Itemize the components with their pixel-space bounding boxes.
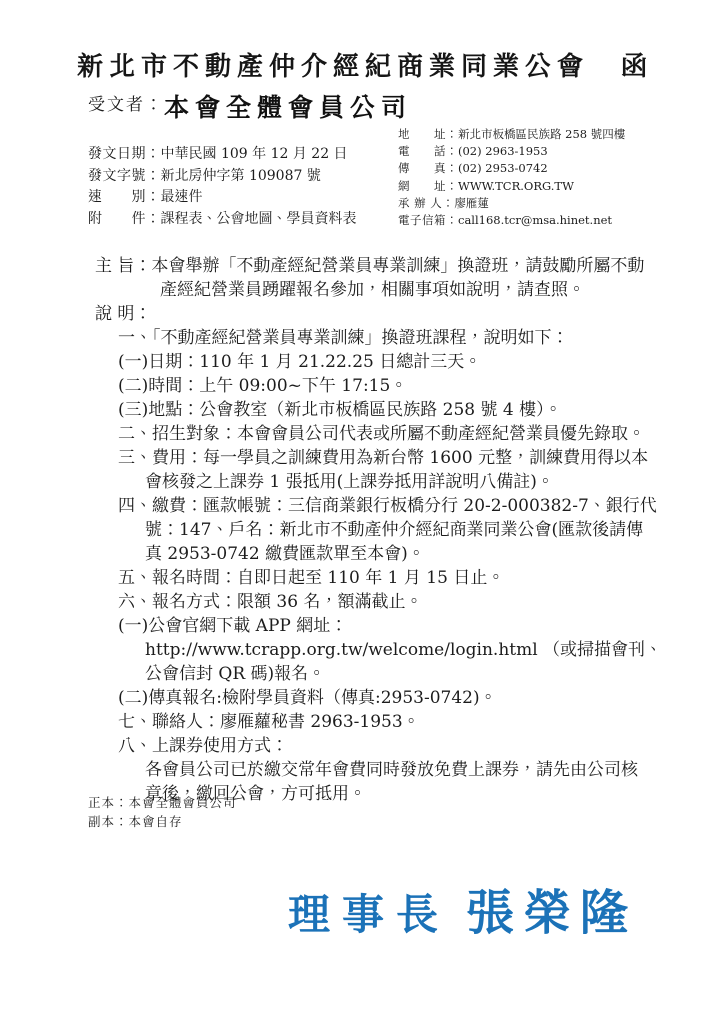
chairman-name: 張榮隆 <box>466 885 637 941</box>
body-line-cont: 各會員公司已於繳交常年會費同時發放免費上課券，請先由公司核 <box>95 758 670 782</box>
registration-url: http://www.tcrapp.org.tw/welcome/login.h… <box>95 638 670 662</box>
document-title: 新北市不動產仲介經紀商業同業公會 函 <box>60 46 670 83</box>
email-row: 電子信箱：call168.tcr@msa.hinet.net <box>398 212 625 229</box>
original-copy-line: 正本：本會全體會員公司 <box>88 794 237 813</box>
dispatch-number-label: 發文字號： <box>88 168 161 184</box>
attachments-label: 附 件： <box>88 211 161 227</box>
body-line: 八、上課券使用方式： <box>95 734 670 758</box>
attachments-value: 課程表、公會地圖、學員資料表 <box>161 211 357 227</box>
contact-person-label: 承 辦 人： <box>398 196 454 210</box>
body-line: 六、報名方式：限額 36 名，額滿截止。 <box>95 590 670 614</box>
fax-value: (02) 2953-0742 <box>458 161 548 175</box>
body-line: 七、聯絡人：廖雁蘿秘書 2963-1953。 <box>95 710 670 734</box>
body-line: 四、繳費：匯款帳號：三信商業銀行板橋分行 20-2-000382-7、銀行代 <box>95 494 670 518</box>
body-line: 二、招生對象：本會會員公司代表或所屬不動產經紀營業員優先錄取。 <box>95 422 670 446</box>
speed-class-label: 速 別： <box>88 189 161 205</box>
dispatch-number-row: 發文字號：新北房仲字第 109087 號 <box>88 166 357 188</box>
body-line-cont: 會核發之上課券 1 張抵用(上課券抵用詳說明八備註)。 <box>95 470 670 494</box>
official-letter-page: 新北市不動產仲介經紀商業同業公會 函 受文者：本會全體會員公司 發文日期：中華民… <box>0 0 725 1024</box>
speed-class-row: 速 別：最速件 <box>88 187 357 209</box>
dispatch-date-label: 發文日期： <box>88 146 161 162</box>
website-value: WWW.TCR.ORG.TW <box>458 179 574 193</box>
recipient-line: 受文者：本會全體會員公司 <box>88 88 412 124</box>
phone-label: 電 話： <box>398 144 458 158</box>
dispatch-info-block: 發文日期：中華民國 109 年 12 月 22 日 發文字號：新北房仲字第 10… <box>88 144 357 230</box>
speed-class-value: 最速件 <box>161 189 203 205</box>
letter-body: 主 旨：本會舉辦「不動產經紀營業員專業訓練」換證班，請鼓勵所屬不動 產經紀營業員… <box>95 254 670 806</box>
recipient-label: 受文者： <box>88 95 164 115</box>
duplicate-copy-line: 副本：本會自存 <box>88 813 237 832</box>
recipient-name: 本會全體會員公司 <box>164 93 412 122</box>
fax-row: 傳 真：(02) 2953-0742 <box>398 160 625 177</box>
email-label: 電子信箱： <box>398 213 458 227</box>
explanation-heading: 說 明： <box>95 302 670 326</box>
chairman-signature: 理事長張榮隆 <box>288 874 637 943</box>
email-value: call168.tcr@msa.hinet.net <box>458 213 612 227</box>
website-label: 網 址： <box>398 179 458 193</box>
phone-value: (02) 2963-1953 <box>458 144 548 158</box>
issuer-contact-block: 地 址：新北市板橋區民族路 258 號四樓 電 話：(02) 2963-1953… <box>398 126 625 229</box>
body-line: (二)時間：上午 09:00~下午 17:15。 <box>95 374 670 398</box>
body-line-cont: 公會信封 QR 碼)報名。 <box>95 662 670 686</box>
dispatch-date-value: 中華民國 109 年 12 月 22 日 <box>161 146 348 162</box>
dispatch-date-row: 發文日期：中華民國 109 年 12 月 22 日 <box>88 144 357 166</box>
body-line-cont: 號：147、戶名：新北市不動產仲介經紀商業同業公會(匯款後請傳 <box>95 518 670 542</box>
phone-row: 電 話：(02) 2963-1953 <box>398 143 625 160</box>
address-label: 地 址： <box>398 127 458 141</box>
dispatch-number-value: 新北房仲字第 109087 號 <box>161 168 321 184</box>
subject-line: 主 旨：本會舉辦「不動產經紀營業員專業訓練」換證班，請鼓勵所屬不動 <box>95 254 670 278</box>
body-line: 五、報名時間：自即日起至 110 年 1 月 15 日止。 <box>95 566 670 590</box>
body-line: (一)公會官網下載 APP 網址： <box>95 614 670 638</box>
body-line-cont: 真 2953-0742 繳費匯款單至本會)。 <box>95 542 670 566</box>
body-line: 三、費用：每一學員之訓練費用為新台幣 1600 元整，訓練費用得以本 <box>95 446 670 470</box>
website-row: 網 址：WWW.TCR.ORG.TW <box>398 178 625 195</box>
address-value: 新北市板橋區民族路 258 號四樓 <box>458 127 625 141</box>
body-line: (二)傳真報名:檢附學員資料（傳真:2953-0742)。 <box>95 686 670 710</box>
chairman-title: 理事長 <box>288 890 450 939</box>
copies-block: 正本：本會全體會員公司 副本：本會自存 <box>88 794 237 831</box>
subject-line-cont: 產經紀營業員踴躍報名參加，相關事項如說明，請查照。 <box>95 278 670 302</box>
contact-person-row: 承 辦 人：廖雁蓮 <box>398 195 625 212</box>
attachments-row: 附 件：課程表、公會地圖、學員資料表 <box>88 209 357 231</box>
body-line: 一、「不動產經紀營業員專業訓練」換證班課程，說明如下： <box>95 326 670 350</box>
fax-label: 傳 真： <box>398 161 458 175</box>
contact-person-value: 廖雁蓮 <box>454 196 489 210</box>
body-line: (一)日期：110 年 1 月 21.22.25 日總計三天。 <box>95 350 670 374</box>
body-line: (三)地點：公會教室（新北市板橋區民族路 258 號 4 樓）。 <box>95 398 670 422</box>
address-row: 地 址：新北市板橋區民族路 258 號四樓 <box>398 126 625 143</box>
